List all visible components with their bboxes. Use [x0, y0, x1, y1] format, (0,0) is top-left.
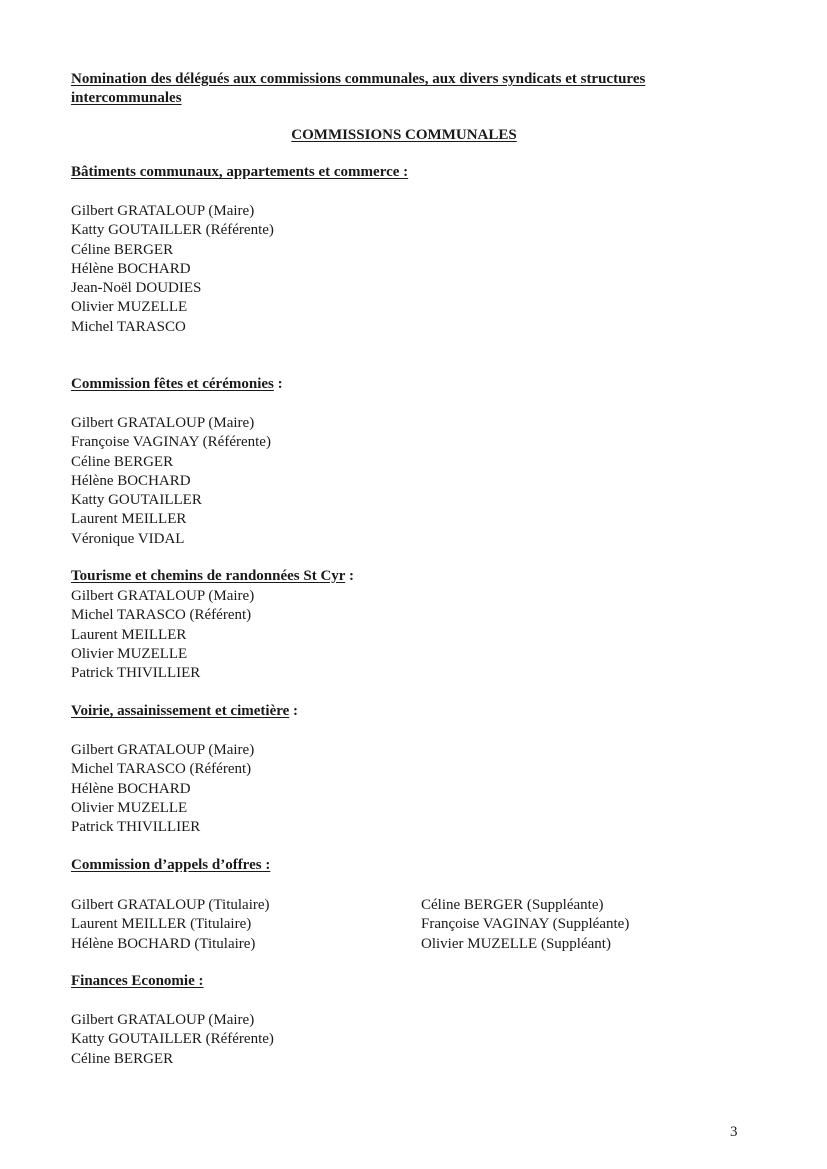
list-item: Olivier MUZELLE — [71, 645, 254, 664]
page-number: 3 — [730, 1124, 738, 1141]
list-item: Patrick THIVILLIER — [71, 818, 254, 837]
list-item: Katty GOUTAILLER (Référente) — [71, 1030, 274, 1049]
heading-suffix: : — [289, 703, 298, 719]
list-item: Katty GOUTAILLER — [71, 491, 271, 510]
list-item: Olivier MUZELLE — [71, 799, 254, 818]
list-item: Céline BERGER — [71, 1050, 274, 1069]
list-item: Michel TARASCO (Référent) — [71, 606, 254, 625]
heading-text: Bâtiments communaux, appartements et com… — [71, 164, 408, 180]
list-item: Céline BERGER (Suppléante) — [421, 896, 629, 915]
list-item: Céline BERGER — [71, 453, 271, 472]
commission-heading-appels-offres: Commission d’appels d’offres : — [71, 857, 270, 874]
heading-suffix: : — [274, 376, 283, 392]
list-item: Hélène BOCHARD — [71, 472, 271, 491]
heading-text: Commission d’appels d’offres : — [71, 857, 270, 873]
list-item: Jean-Noël DOUDIES — [71, 279, 274, 298]
list-item: Gilbert GRATALOUP (Maire) — [71, 587, 254, 606]
member-list-tourisme: Gilbert GRATALOUP (Maire) Michel TARASCO… — [71, 587, 254, 683]
list-item: Michel TARASCO (Référent) — [71, 760, 254, 779]
list-item: Gilbert GRATALOUP (Maire) — [71, 202, 274, 221]
list-item: Patrick THIVILLIER — [71, 664, 254, 683]
list-item: Françoise VAGINAY (Suppléante) — [421, 915, 629, 934]
member-list-voirie: Gilbert GRATALOUP (Maire) Michel TARASCO… — [71, 741, 254, 837]
section-title: COMMISSIONS COMMUNALES — [0, 127, 808, 144]
heading-text: Commission fêtes et cérémonies — [71, 376, 274, 392]
list-item: Michel TARASCO — [71, 318, 274, 337]
commission-heading-voirie: Voirie, assainissement et cimetière : — [71, 703, 298, 720]
list-item: Céline BERGER — [71, 241, 274, 260]
list-item: Katty GOUTAILLER (Référente) — [71, 221, 274, 240]
list-item: Laurent MEILLER (Titulaire) — [71, 915, 270, 934]
document-title: Nomination des délégués aux commissions … — [71, 70, 721, 108]
titulaires-list: Gilbert GRATALOUP (Titulaire) Laurent ME… — [71, 896, 270, 954]
list-item: Olivier MUZELLE — [71, 298, 274, 317]
member-list-batiments: Gilbert GRATALOUP (Maire) Katty GOUTAILL… — [71, 202, 274, 337]
commission-heading-batiments: Bâtiments communaux, appartements et com… — [71, 164, 408, 181]
list-item: Laurent MEILLER — [71, 626, 254, 645]
commission-heading-tourisme: Tourisme et chemins de randonnées St Cyr… — [71, 568, 354, 585]
list-item: Véronique VIDAL — [71, 530, 271, 549]
document-page: Nomination des délégués aux commissions … — [0, 0, 827, 1169]
list-item: Olivier MUZELLE (Suppléant) — [421, 935, 629, 954]
commission-heading-fetes: Commission fêtes et cérémonies : — [71, 376, 283, 393]
heading-suffix: : — [345, 568, 354, 584]
list-item: Hélène BOCHARD — [71, 780, 254, 799]
list-item: Gilbert GRATALOUP (Titulaire) — [71, 896, 270, 915]
list-item: Hélène BOCHARD — [71, 260, 274, 279]
commission-heading-finances: Finances Economie : — [71, 973, 204, 990]
heading-text: Finances Economie : — [71, 973, 204, 989]
list-item: Laurent MEILLER — [71, 510, 271, 529]
member-list-finances: Gilbert GRATALOUP (Maire) Katty GOUTAILL… — [71, 1011, 274, 1069]
list-item: Gilbert GRATALOUP (Maire) — [71, 741, 254, 760]
list-item: Gilbert GRATALOUP (Maire) — [71, 414, 271, 433]
list-item: Françoise VAGINAY (Référente) — [71, 433, 271, 452]
list-item: Gilbert GRATALOUP (Maire) — [71, 1011, 274, 1030]
suppleants-list: Céline BERGER (Suppléante) Françoise VAG… — [421, 896, 629, 954]
heading-text: Tourisme et chemins de randonnées St Cyr — [71, 568, 345, 584]
heading-text: Voirie, assainissement et cimetière — [71, 703, 289, 719]
member-list-fetes: Gilbert GRATALOUP (Maire) Françoise VAGI… — [71, 414, 271, 549]
list-item: Hélène BOCHARD (Titulaire) — [71, 935, 270, 954]
